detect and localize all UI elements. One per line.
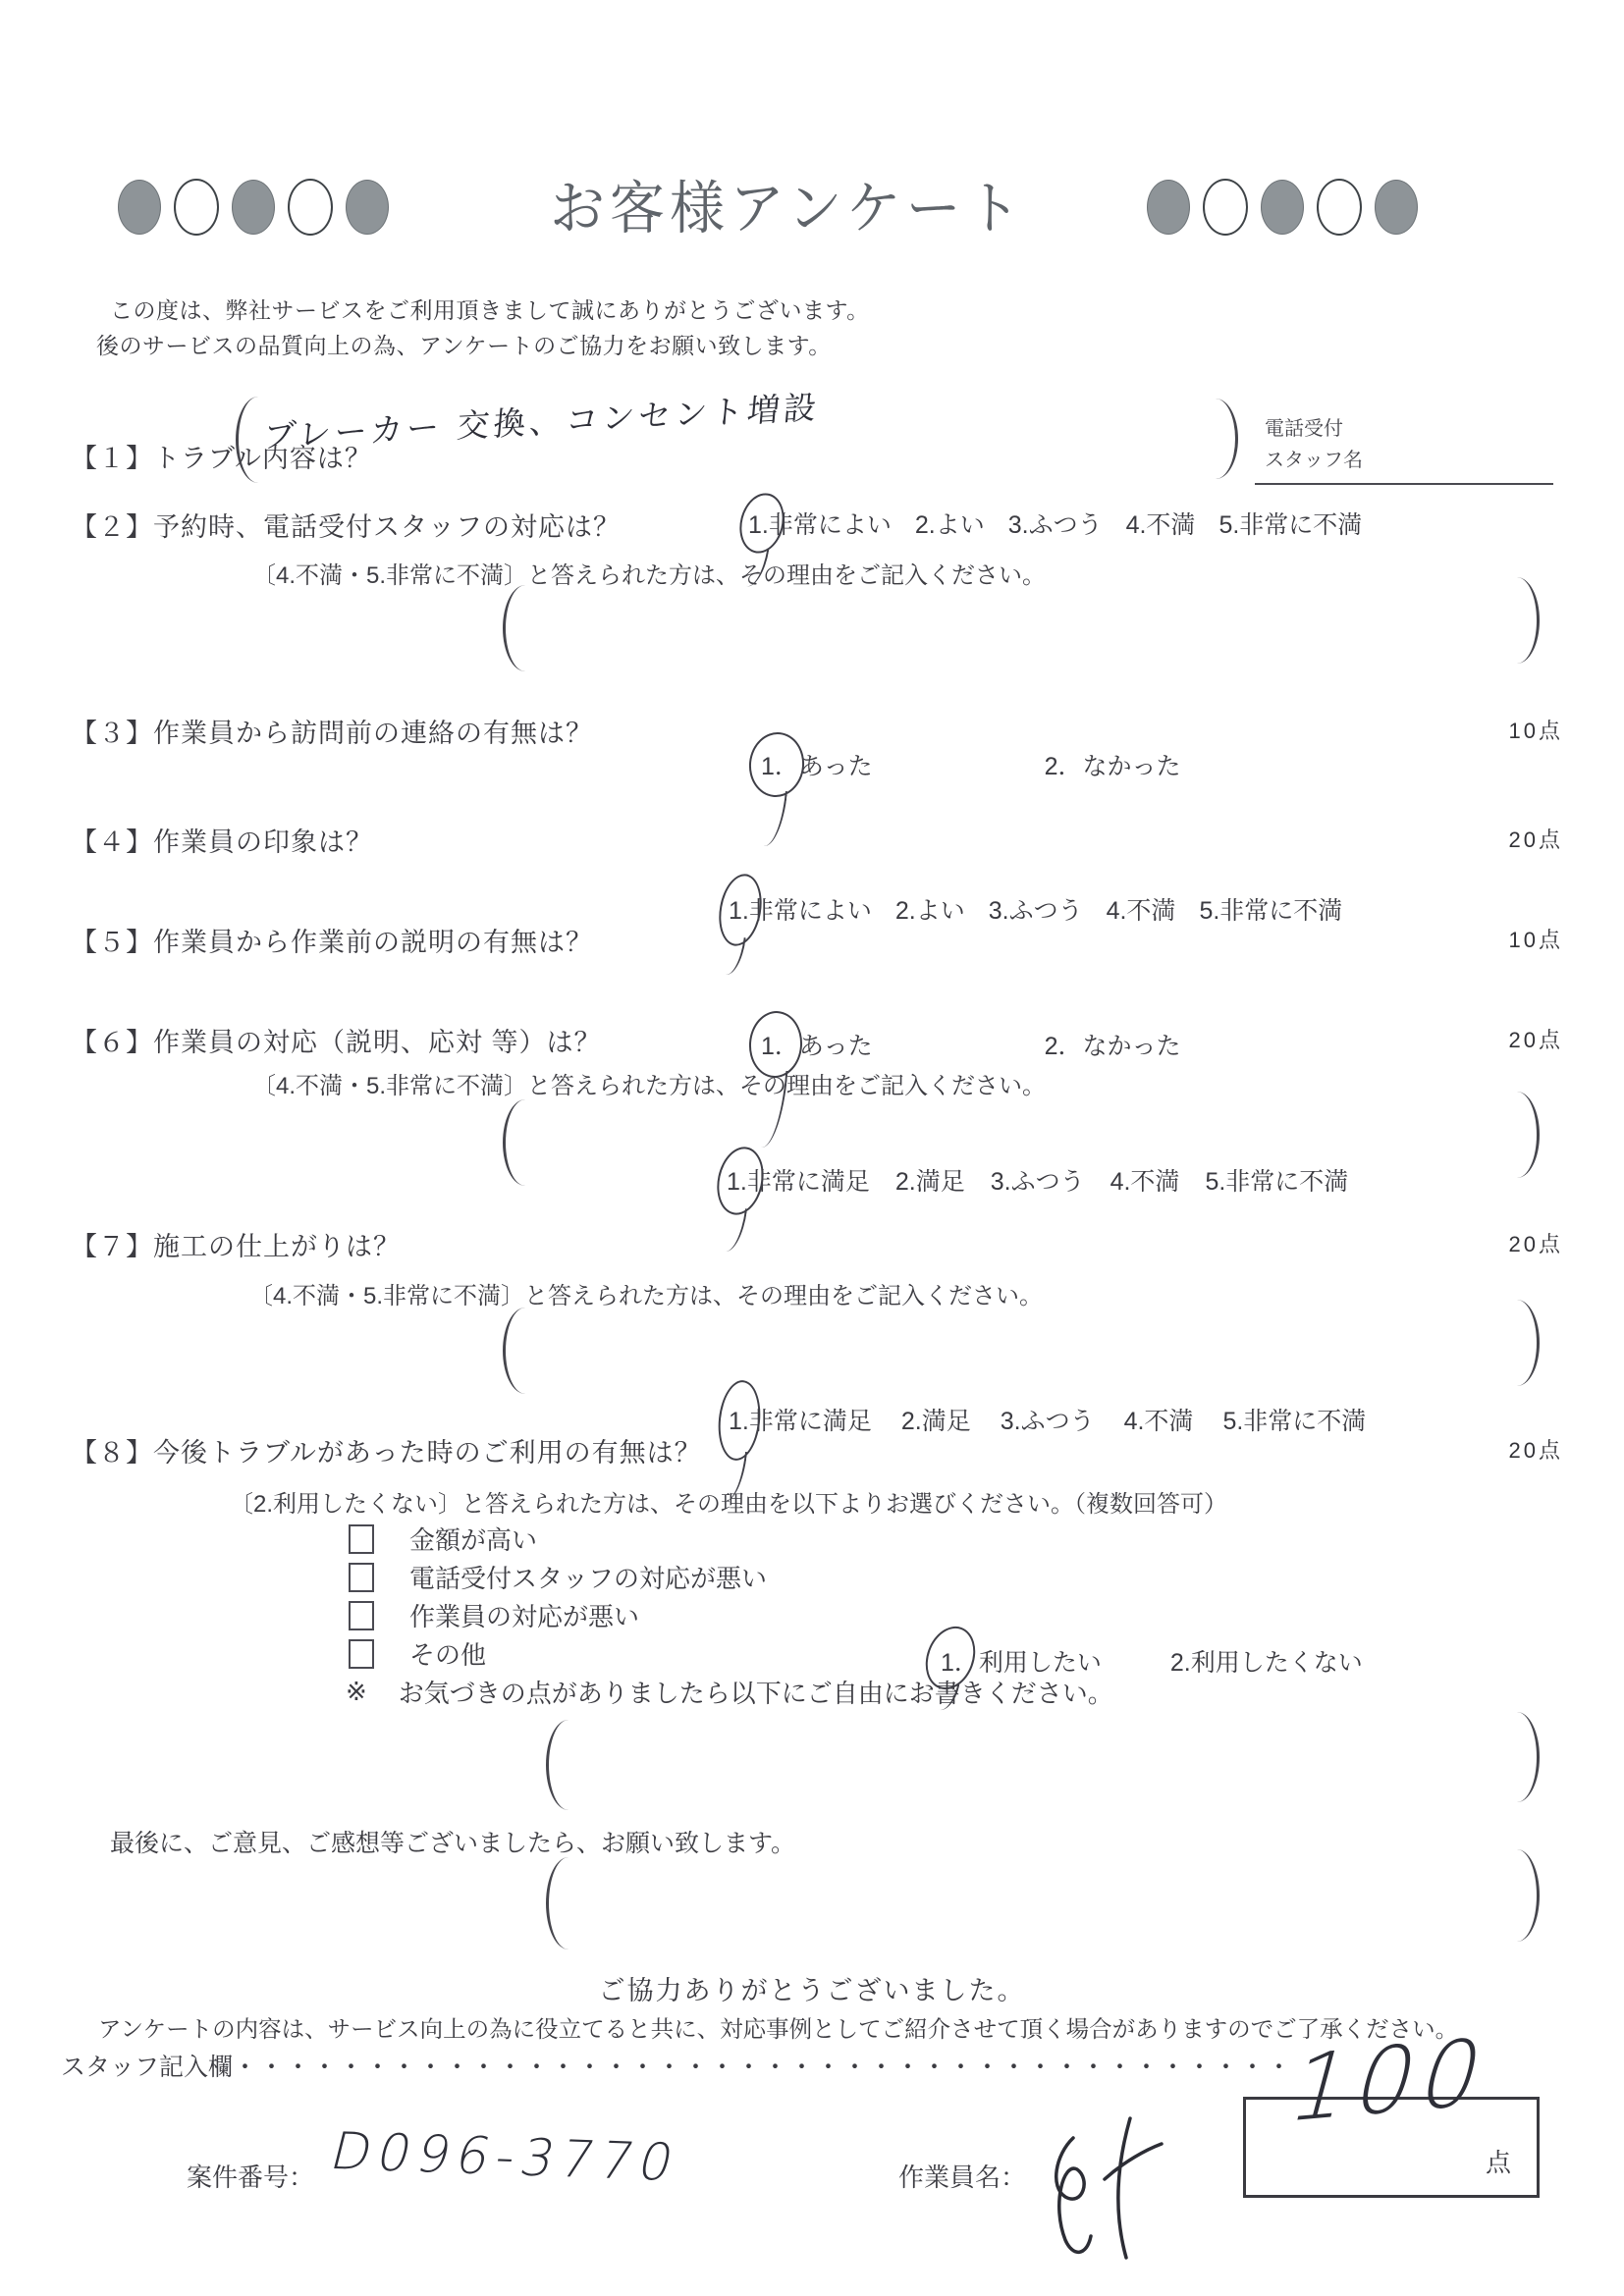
- q8-checkbox-3-label: 作業員の対応が悪い: [409, 1597, 639, 1633]
- q2-option-5: 5.非常に不満: [1218, 506, 1362, 541]
- q3-number: 【３】: [71, 719, 153, 748]
- final-comment-close-paren: [1517, 1849, 1540, 1942]
- q7-number: 【７】: [71, 1232, 153, 1261]
- q6-number: 【６】: [71, 1028, 153, 1057]
- q8-checkbox-row-2: 電話受付スタッフの対応が悪い: [349, 1559, 767, 1595]
- q6-option-5: 5.非常に不満: [1205, 1162, 1348, 1198]
- q6-label: 【６】作業員の対応（説明、応対 等）は？: [71, 1021, 602, 1059]
- q6-points: 20点: [1509, 1024, 1563, 1054]
- case-number-label: 案件番号：: [187, 2158, 314, 2194]
- q7-label: 【７】施工の仕上がりは？: [71, 1225, 401, 1263]
- q2-option-4: 4.不満: [1126, 506, 1196, 541]
- dotted-leader: ・・・・・・・・・・・・・・・・・・・・・・・・・・・・・・・・・・・・・・・・: [233, 2054, 1293, 2081]
- intro-line-1: この度は、弊社サービスをご利用頂きまして誠にありがとうございます。: [110, 293, 870, 325]
- handwritten-circle-mark: [715, 1378, 764, 1463]
- filled-circle-icon: [118, 180, 161, 235]
- case-number-handwritten: D096-3770: [325, 2122, 686, 2193]
- q8-points: 20点: [1509, 1434, 1563, 1465]
- q8-label: 【８】今後トラブルがあった時のご利用の有無は？: [71, 1431, 702, 1469]
- q1-answer-close-paren: [1216, 399, 1238, 479]
- q4-number: 【４】: [71, 828, 153, 857]
- filled-circle-icon: [346, 180, 389, 235]
- q4-label: 【４】作業員の印象は？: [71, 821, 373, 859]
- header-left-ornament: [118, 179, 389, 236]
- q7-points: 20点: [1509, 1228, 1563, 1258]
- phone-staff-label-line1: 電話受付: [1265, 412, 1343, 441]
- checkbox-icon: [349, 1524, 374, 1554]
- staff-entry-row: スタッフ記入欄・・・・・・・・・・・・・・・・・・・・・・・・・・・・・・・・・…: [61, 2048, 1293, 2083]
- q7-reason-close-paren: [1517, 1300, 1540, 1386]
- q8-free-open-paren: [546, 1720, 568, 1810]
- outline-circle-icon: [174, 179, 219, 236]
- q8-free-note-row: ※ お気づきの点がありましたら以下にご自由にお書きください。: [346, 1674, 1113, 1710]
- reference-mark-icon: ※: [346, 1677, 367, 1707]
- q8-checkbox-row-1: 金額が高い: [349, 1521, 537, 1557]
- q8-checkbox-row-4: その他: [349, 1635, 486, 1672]
- q5-option-1: 1．あった: [761, 1027, 873, 1062]
- q2-number: 【２】: [71, 512, 153, 542]
- phone-staff-name-line: [1255, 483, 1553, 485]
- intro-line-2: 後のサービスの品質向上の為、アンケートのご協力をお願い致します。: [96, 328, 832, 360]
- header-right-ornament: [1147, 179, 1418, 236]
- q3-option-1: 1．あった: [761, 747, 873, 782]
- final-comment-open-paren: [546, 1857, 568, 1949]
- q5-options: 1．あった 2．なかった: [761, 1027, 1624, 1062]
- q3-option-2: 2．なかった: [1045, 747, 1181, 782]
- q5-option-2: 2．なかった: [1045, 1027, 1181, 1062]
- page-title: お客様アンケート: [550, 163, 1026, 246]
- q2-reason-note: 〔4.不満・5.非常に不満〕と答えられた方は、その理由をご記入ください。: [252, 556, 1046, 590]
- q4-option-3: 3.ふつう: [989, 891, 1083, 927]
- q6-option-4: 4.不満: [1110, 1162, 1180, 1198]
- staff-entry-label: スタッフ記入欄: [61, 2054, 233, 2081]
- worker-name-label: 作業員名：: [898, 2158, 1026, 2194]
- q7-reason-note: 〔4.不満・5.非常に不満〕と答えられた方は、その理由をご記入ください。: [249, 1276, 1043, 1310]
- q7-option-1: 1.非常に満足: [729, 1402, 872, 1437]
- q4-option-2: 2.よい: [895, 891, 965, 927]
- score-handwritten: 100: [1278, 2018, 1502, 2143]
- q5-label: 【５】作業員から作業前の説明の有無は？: [71, 921, 593, 959]
- q4-option-1: 1.非常によい: [729, 891, 872, 927]
- worker-signature-handwriting: [1036, 2110, 1183, 2287]
- filled-circle-icon: [232, 180, 275, 235]
- q2-reason-close-paren: [1517, 577, 1540, 664]
- checkbox-icon: [349, 1639, 374, 1669]
- q3-options: 1．あった 2．なかった: [761, 747, 1624, 782]
- q6-reason-open-paren: [503, 1099, 525, 1186]
- q8-free-note: お気づきの点がありましたら以下にご自由にお書きください。: [399, 1674, 1113, 1710]
- handwritten-circle-tail: [764, 789, 787, 848]
- q8-checkbox-1-label: 金額が高い: [409, 1521, 537, 1557]
- q6-options: 1.非常に満足 2.満足 3.ふつう 4.不満 5.非常に不満: [727, 1162, 1624, 1198]
- q2-label: 【２】予約時、電話受付スタッフの対応は？: [71, 506, 621, 544]
- q4-option-5: 5.非常に不満: [1199, 891, 1342, 927]
- filled-circle-icon: [1147, 180, 1190, 235]
- q2-reason-open-paren: [503, 585, 525, 671]
- q4-text: 作業員の印象は？: [153, 828, 373, 857]
- q8-number: 【８】: [71, 1438, 153, 1468]
- disclaimer-line: アンケートの内容は、サービス向上の為に役立てると共に、対応事例としてご紹介させて…: [98, 2010, 1458, 2044]
- final-comment-prompt: 最後に、ご意見、ご感想等ございましたら、お願い致します。: [110, 1824, 795, 1859]
- q2-options: 1.非常によい 2.よい 3.ふつう 4.不満 5.非常に不満: [748, 506, 1624, 541]
- q6-reason-note: 〔4.不満・5.非常に不満〕と答えられた方は、その理由をご記入ください。: [252, 1066, 1046, 1100]
- q3-label: 【３】作業員から訪問前の連絡の有無は？: [71, 712, 593, 750]
- q6-text: 作業員の対応（説明、応対 等）は？: [153, 1028, 602, 1057]
- phone-staff-label-line2: スタッフ名: [1265, 444, 1363, 472]
- q6-option-2: 2.満足: [895, 1162, 965, 1198]
- q4-options: 1.非常によい 2.よい 3.ふつう 4.不満 5.非常に不満: [729, 891, 1624, 927]
- q1-handwritten-answer: ブレーカー 交換、コンセント増設: [261, 382, 822, 457]
- q2-option-3: 3.ふつう: [1008, 506, 1103, 541]
- q3-points: 10点: [1509, 715, 1563, 745]
- q4-points: 20点: [1509, 824, 1563, 854]
- handwritten-circle-tail: [726, 1206, 747, 1254]
- checkbox-icon: [349, 1601, 374, 1630]
- q3-text: 作業員から訪問前の連絡の有無は？: [153, 719, 593, 748]
- q7-option-5: 5.非常に不満: [1222, 1402, 1366, 1437]
- q6-option-3: 3.ふつう: [991, 1162, 1085, 1198]
- checkbox-icon: [349, 1563, 374, 1592]
- outline-circle-icon: [1203, 179, 1248, 236]
- q8-checkbox-4-label: その他: [409, 1635, 486, 1672]
- q7-option-3: 3.ふつう: [1001, 1402, 1095, 1437]
- q7-option-2: 2.満足: [901, 1402, 971, 1437]
- q7-option-4: 4.不満: [1124, 1402, 1194, 1437]
- q5-points: 10点: [1509, 924, 1563, 954]
- q7-options: 1.非常に満足 2.満足 3.ふつう 4.不満 5.非常に不満: [729, 1402, 1624, 1437]
- filled-circle-icon: [1261, 180, 1304, 235]
- q7-reason-open-paren: [503, 1308, 525, 1394]
- q4-option-4: 4.不満: [1107, 891, 1176, 927]
- outline-circle-icon: [288, 179, 333, 236]
- q1-number: 【１】: [71, 444, 153, 473]
- q6-option-1: 1.非常に満足: [727, 1162, 870, 1198]
- q2-option-1: 1.非常によい: [748, 506, 892, 541]
- q5-text: 作業員から作業前の説明の有無は？: [153, 928, 593, 957]
- q5-number: 【５】: [71, 928, 153, 957]
- q8-text: 今後トラブルがあった時のご利用の有無は？: [153, 1438, 702, 1468]
- q8-checkbox-row-3: 作業員の対応が悪い: [349, 1597, 639, 1633]
- score-unit: 点: [1486, 2143, 1511, 2179]
- filled-circle-icon: [1375, 180, 1418, 235]
- q8-option-2: 2.利用したくない: [1170, 1643, 1363, 1679]
- q8-reason-note: 〔2.利用したくない〕と答えられた方は、その理由を以下よりお選びください。（複数…: [230, 1484, 1227, 1519]
- q8-checkbox-2-label: 電話受付スタッフの対応が悪い: [409, 1559, 767, 1595]
- q2-text: 予約時、電話受付スタッフの対応は？: [153, 512, 621, 542]
- q7-text: 施工の仕上がりは？: [153, 1232, 401, 1261]
- q2-option-2: 2.よい: [915, 506, 985, 541]
- outline-circle-icon: [1317, 179, 1362, 236]
- thanks-line: ご協力ありがとうございました。: [0, 1969, 1624, 2007]
- q8-free-close-paren: [1517, 1712, 1540, 1802]
